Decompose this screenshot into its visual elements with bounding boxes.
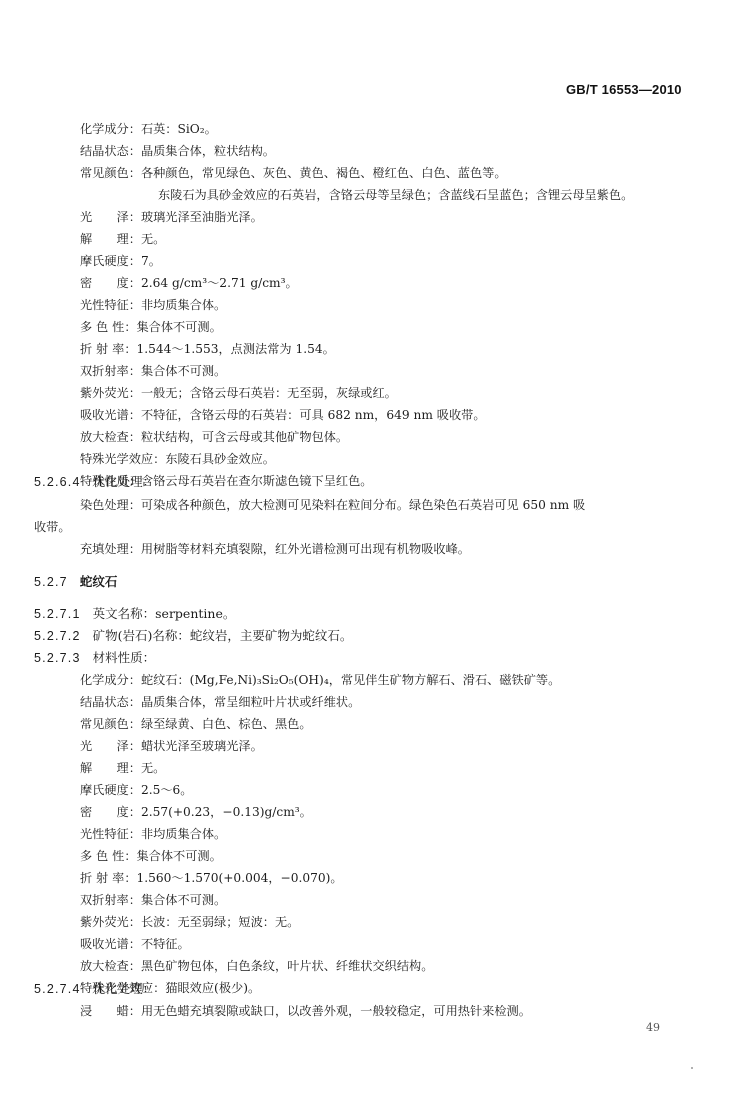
treatment-dye-wrap: 收带。: [34, 519, 71, 535]
prop-line: 放大检查：粒状结构，可含云母或其他矿物包体。: [80, 429, 348, 445]
prop-line: 双折射率：集合体不可测。: [80, 363, 226, 379]
treatment-fill-line: 充填处理：用树脂等材料充填裂隙，红外光谱检测可出现有机物吸收峰。: [80, 541, 470, 557]
clause-heading-5-2-6-4: 5.2.6.4优化处理：: [34, 474, 155, 490]
prop-line: 结晶状态：晶质集合体，粒状结构。: [80, 143, 275, 159]
treatment-dye-line: 染色处理：可染成各种颜色，放大检测可见染料在粒间分布。绿色染色石英岩可见 650…: [80, 497, 585, 513]
prop-continuation: 东陵石为具砂金效应的石英岩，含铬云母等呈绿色；含蓝线石呈蓝色；含锂云母呈紫色。: [158, 187, 633, 203]
prop-line: 多 色 性：集合体不可测。: [80, 319, 222, 335]
prop-line: 光性特征：非均质集合体。: [80, 826, 226, 842]
prop-line: 吸收光谱：不特征，含铬云母的石英岩：可具 682 nm，649 nm 吸收带。: [80, 407, 486, 423]
page-number: 49: [646, 1021, 660, 1034]
prop-line: 化学成分：蛇纹石：(Mg,Fe,Ni)₃Si₂O₅(OH)₄，常见伴生矿物方解石…: [80, 672, 560, 688]
clause-heading-5-2-7-4: 5.2.7.4优化处理：: [34, 981, 155, 997]
prop-line: 化学成分：石英：SiO₂。: [80, 121, 217, 137]
prop-line: 浸 蜡：用无色蜡充填裂隙或缺口，以改善外观，一般较稳定，可用热针来检测。: [80, 1003, 531, 1019]
prop-line: 紫外荧光：一般无；含铬云母石英岩：无至弱，灰绿或红。: [80, 385, 397, 401]
prop-line: 多 色 性：集合体不可测。: [80, 848, 222, 864]
prop-line: 密 度：2.64 g/cm³～2.71 g/cm³。: [80, 275, 298, 291]
prop-line: 解 理：无。: [80, 231, 165, 247]
prop-line: 常见颜色：绿至绿黄、白色、棕色、黑色。: [80, 716, 312, 732]
clause-5-2-7-1: 5.2.7.1英文名称：serpentine。: [34, 606, 235, 622]
prop-line: 解 理：无。: [80, 760, 165, 776]
prop-line: 紫外荧光：长波：无至弱绿；短波：无。: [80, 914, 299, 930]
prop-line: 摩氏硬度：7。: [80, 253, 161, 269]
scan-speck: [691, 1067, 693, 1069]
prop-line: 折 射 率：1.544～1.553，点测法常为 1.54。: [80, 341, 335, 357]
prop-line: 特殊光学效应：东陵石具砂金效应。: [80, 451, 275, 467]
prop-line: 结晶状态：晶质集合体，常呈细粒叶片状或纤维状。: [80, 694, 360, 710]
clause-5-2-7-3: 5.2.7.3材料性质：: [34, 650, 155, 666]
prop-line: 放大检查：黑色矿物包体，白色条纹，叶片状、纤维状交织结构。: [80, 958, 433, 974]
prop-line: 摩氏硬度：2.5～6。: [80, 782, 192, 798]
prop-line: 光 泽：玻璃光泽至油脂光泽。: [80, 209, 263, 225]
prop-line: 密 度：2.57(+0.23，−0.13)g/cm³。: [80, 804, 312, 820]
standard-code-header: GB/T 16553—2010: [566, 82, 682, 97]
prop-line: 折 射 率：1.560～1.570(+0.004，−0.070)。: [80, 870, 343, 886]
prop-line: 光性特征：非均质集合体。: [80, 297, 226, 313]
prop-line: 双折射率：集合体不可测。: [80, 892, 226, 908]
clause-5-2-7-2: 5.2.7.2矿物(岩石)名称：蛇纹岩，主要矿物为蛇纹石。: [34, 628, 352, 644]
prop-line: 光 泽：蜡状光泽至玻璃光泽。: [80, 738, 263, 754]
prop-line: 常见颜色：各种颜色，常见绿色、灰色、黄色、褐色、橙红色、白色、蓝色等。: [80, 165, 507, 181]
prop-line: 吸收光谱：不特征。: [80, 936, 190, 952]
section-heading-5-2-7: 5.2.7蛇纹石: [34, 574, 117, 590]
